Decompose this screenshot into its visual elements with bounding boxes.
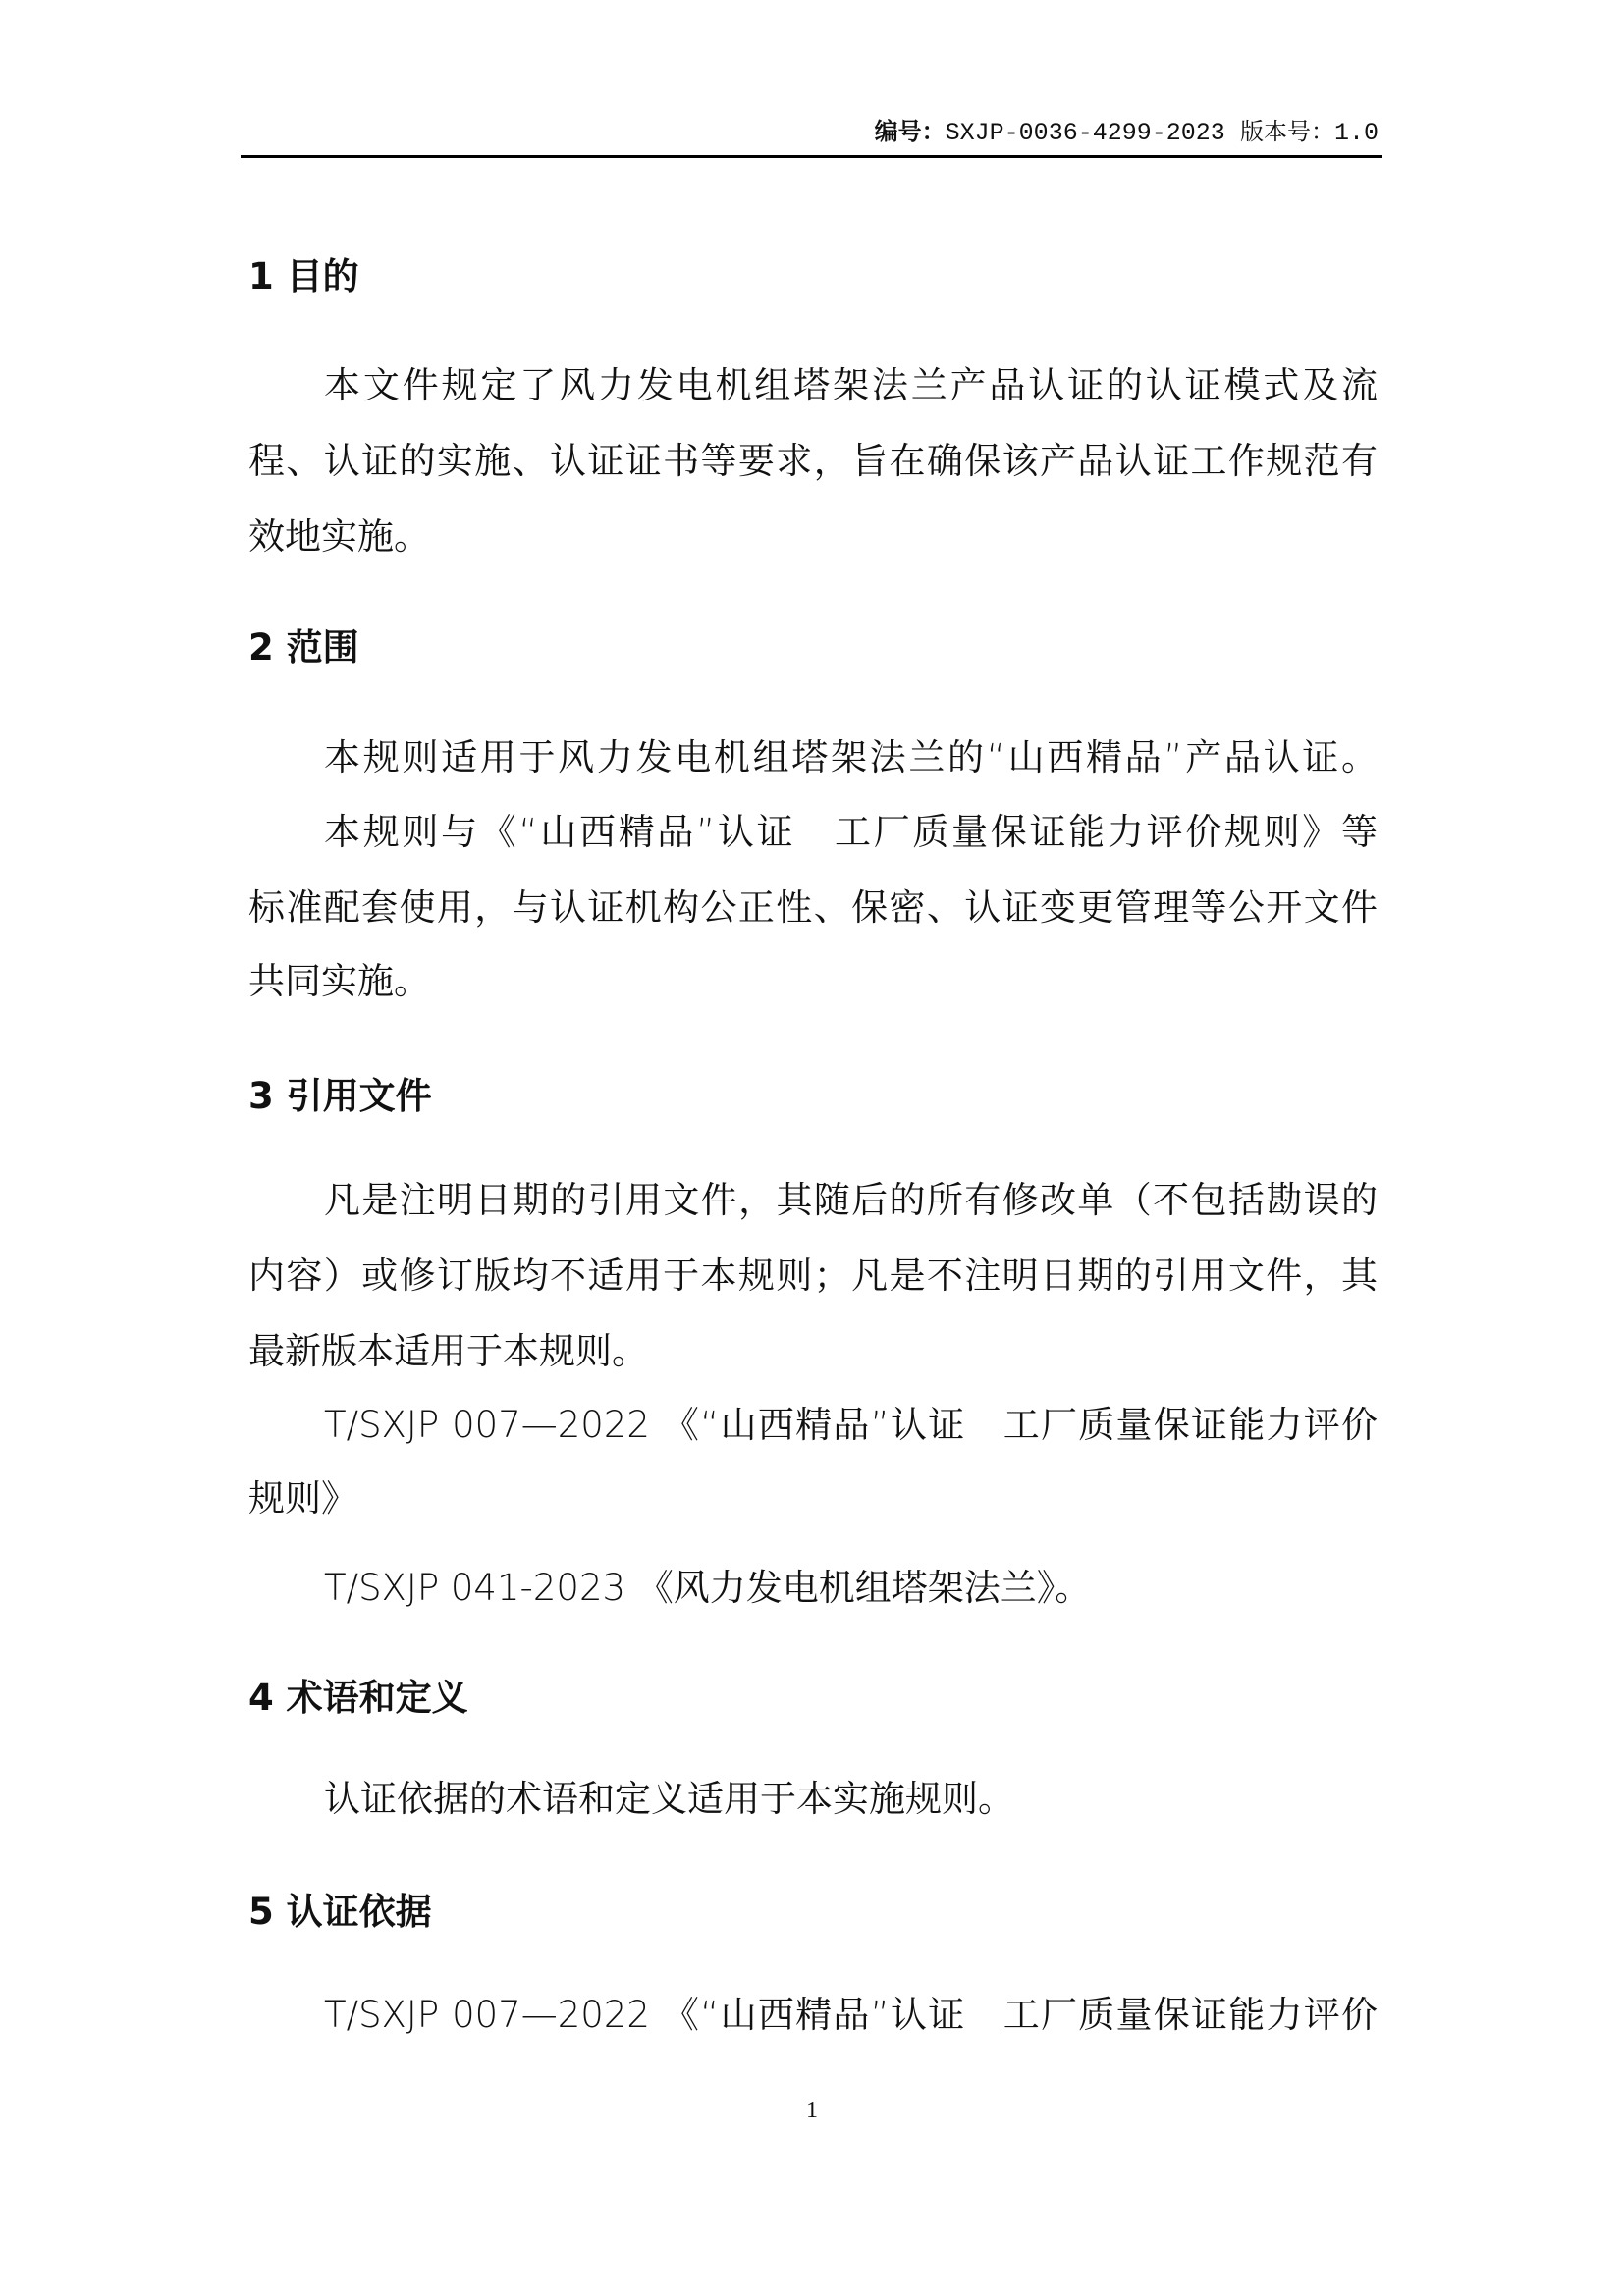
document-code-label: 编号： — [875, 118, 946, 145]
paragraph-line: 本文件规定了风力发电机组塔架法兰产品认证的认证模式及流 — [324, 364, 1378, 407]
paragraph-line: 凡是注明日期的引用文件，其随后的所有修改单（不包括勘误的 — [324, 1179, 1378, 1222]
section-heading-basis: 5 认证依据 — [248, 1890, 432, 1935]
reference-line: T/SXJP 007—2022 《“山西精品”认证 工厂质量保证能力评价 — [324, 1404, 1378, 1447]
section-heading-purpose: 1 目的 — [248, 254, 359, 299]
paragraph-line: 本规则与《“山西精品”认证 工厂质量保证能力评价规则》等 — [324, 811, 1378, 854]
header-rule — [241, 155, 1382, 158]
document-header: 编号：SXJP-0036-4299-2023 版本号：1.0 — [837, 116, 1379, 147]
version-value: 1.0 — [1334, 119, 1379, 147]
paragraph-line: 内容）或修订版均不适用于本规则；凡是不注明日期的引用文件，其 — [248, 1255, 1378, 1298]
document-code-value: SXJP-0036-4299-2023 — [946, 119, 1225, 147]
reference-line: T/SXJP 041-2023 《风力发电机组塔架法兰》。 — [324, 1567, 1378, 1610]
version-label: 版本号： — [1240, 118, 1334, 145]
paragraph-line: 本规则适用于风力发电机组塔架法兰的“山西精品”产品认证。 — [324, 736, 1378, 779]
paragraph-line: 效地实施。 — [248, 515, 1378, 559]
paragraph-line: 程、认证的实施、认证证书等要求，旨在确保该产品认证工作规范有 — [248, 440, 1378, 483]
paragraph-line: 共同实施。 — [248, 960, 1378, 1003]
reference-line: 规则》 — [248, 1477, 1378, 1521]
paragraph-line: 认证依据的术语和定义适用于本实施规则。 — [324, 1778, 1378, 1821]
paragraph-line: 标准配套使用，与认证机构公正性、保密、认证变更管理等公开文件 — [248, 886, 1378, 930]
paragraph-line: 最新版本适用于本规则。 — [248, 1330, 1378, 1373]
section-heading-scope: 2 范围 — [248, 625, 359, 670]
section-heading-references: 3 引用文件 — [248, 1074, 432, 1119]
reference-line: T/SXJP 007—2022 《“山西精品”认证 工厂质量保证能力评价 — [324, 1994, 1378, 2037]
section-heading-terms: 4 术语和定义 — [248, 1676, 468, 1721]
page-number: 1 — [801, 2097, 823, 2124]
